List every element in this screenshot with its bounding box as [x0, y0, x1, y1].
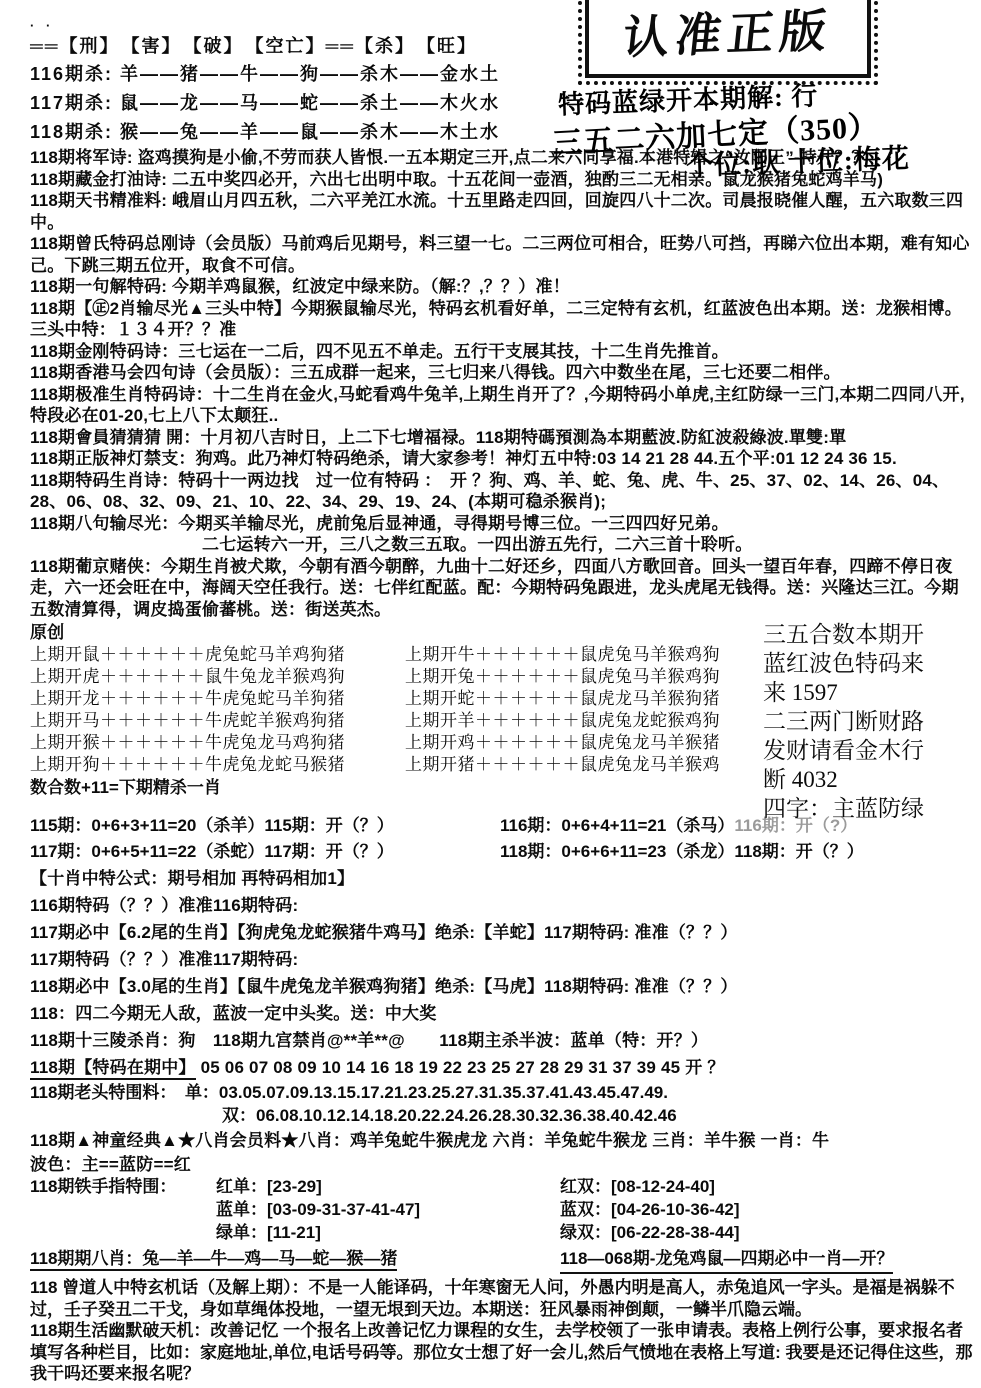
- iron-finger-label: 118期铁手指特围：: [30, 1175, 216, 1198]
- special-code-117-line: 117期特码（？？）准准117期特码:: [30, 946, 973, 973]
- zodiac-row: 上期开羊＋＋＋＋＋＋鼠虎兔龙蛇猴鸡狗: [405, 710, 759, 732]
- heaven-book-line: 118期天书精准料: 峨眉山月四五秋，二六平羌江水流。十五里路走四回，回旋四八十…: [30, 190, 973, 233]
- prodigy-classic-line: 118期▲神童经典▲★八肖会员料★八肖：鸡羊兔蛇牛猴虎龙 六肖：羊兔蛇牛猴龙 三…: [30, 1127, 973, 1154]
- formula-117: 117期：0+6+5+11=22（杀蛇）117期：开（？）: [30, 839, 500, 865]
- authenticity-seal: 认准正版: [585, 0, 871, 78]
- eight-zodiac-left-text: 118期期八肖：兔—羊—牛—鸡—马—蛇—猴—猪: [30, 1249, 397, 1271]
- blue-wave-line: 118：四二今期无人敌，蓝波一定中头奖。送：中大奖: [30, 1000, 973, 1027]
- in-period-numbers: 05 06 07 08 09 10 14 16 18 19 22 23 25 2…: [201, 1058, 725, 1077]
- verse-line: 三五合数本期开: [763, 620, 973, 649]
- red-single-range: 红单：[23-29]: [216, 1175, 560, 1198]
- formula-note: 【十肖中特公式：期号相加 再特码相加1】: [30, 865, 973, 892]
- right-verse-block: 三五合数本期开 蓝红波色特码来 来 1597 二三两门断财路 发财请看金木行 断…: [763, 620, 973, 823]
- blue-double-range: 蓝双：[04-26-10-36-42]: [560, 1198, 740, 1221]
- one-sentence-line: 118期一句解特码: 今期羊鸡鼠猴，红波定中绿来防。（解:？,？？）准！: [30, 276, 973, 298]
- iron-finger-row-red: 118期铁手指特围： 红单：[23-29] 红双：[08-12-24-40]: [30, 1175, 973, 1198]
- blue-single-range: 蓝单：[03-09-31-37-41-47]: [216, 1198, 560, 1221]
- hk-jockey-poem-line: 118期香港马会四句诗（会员版）：三五成群一起来，三七归来八得钱。四六中数坐在尾…: [30, 362, 973, 384]
- verse-line: 断 4032: [763, 765, 973, 794]
- iron-finger-spacer: [30, 1198, 216, 1221]
- zodiac-row: 上期开鼠＋＋＋＋＋＋虎兔蛇马羊鸡狗猪: [30, 644, 405, 666]
- red-double-range: 红双：[08-12-24-40]: [560, 1175, 715, 1198]
- verse-line: 四字：主蓝防绿: [763, 794, 973, 823]
- verse-line: 发财请看金木行: [763, 736, 973, 765]
- kill-formula-section: 115期：0+6+3+11=20（杀羊）115期：开（？） 116期：0+6+4…: [30, 813, 973, 892]
- vajra-poem-line: 118期金刚特码诗：三七运在一二后，四不见五不单走。五行干支展其技，十二生肖先推…: [30, 341, 973, 363]
- eight-zodiac-line: 118期期八肖：兔—羊—牛—鸡—马—蛇—猴—猪 118—068期-龙兔鸡鼠—四期…: [30, 1246, 973, 1274]
- eight-sentence-line-2: 二七运转六一开，三八之数三五取。一四出游五先行，二六三首十聆听。: [30, 534, 973, 556]
- zodiac-row: 上期开狗＋＋＋＋＋＋牛虎兔龙蛇马猴猪: [30, 754, 405, 776]
- accurate-zodiac-poem-line: 118期极准生肖特码诗：十二生肖在金火,马蛇看鸡牛兔羊,上期生肖开了？,今期特码…: [30, 384, 973, 427]
- wave-color-line: 波色：主==蓝防==红: [30, 1154, 973, 1176]
- old-head-label: 118期老头特围料：: [30, 1081, 185, 1104]
- special-code-116-line: 116期特码（？？）准准116期特码:: [30, 892, 973, 919]
- formula-115: 115期：0+6+3+11=20（杀羊）115期：开（？）: [30, 813, 500, 839]
- old-head-odd-line: 118期老头特围料： 单：03.05.07.09.13.15.17.21.23.…: [30, 1081, 973, 1104]
- previous-draw-right-column: 上期开牛＋＋＋＋＋＋鼠虎兔马羊猴鸡狗 上期开兔＋＋＋＋＋＋鼠虎兔马羊猴鸡狗 上期…: [405, 644, 759, 776]
- seal-text: 认准正版: [620, 0, 836, 68]
- eight-zodiac-left: 118期期八肖：兔—羊—牛—鸡—马—蛇—猴—猪: [30, 1246, 560, 1274]
- must-hit-118-line: 118期必中【3.0尾的生肖】【鼠牛虎兔龙羊猴鸡狗猪】绝杀:【马虎】118期特码…: [30, 973, 973, 1000]
- iron-finger-spacer: [30, 1221, 216, 1244]
- sheet-content: · · ══【刑】 【害】 【破】 【空亡】══【杀】 【旺】 116期杀: 羊…: [0, 0, 981, 1385]
- eight-sentence-line: 118期八句输尽光：今期买羊输尽光，虎前兔后显神通，寻得期号博三位。一三四四好兄…: [30, 513, 973, 535]
- previous-draw-left-column: 上期开鼠＋＋＋＋＋＋虎兔蛇马羊鸡狗猪 上期开虎＋＋＋＋＋＋鼠牛兔龙羊猴鸡狗 上期…: [30, 644, 405, 776]
- zodiac-row: 上期开猪＋＋＋＋＋＋鼠虎兔龙马羊猴鸡: [405, 754, 759, 776]
- magic-lamp-line: 118期正版神灯禁支：狗鸡。此乃神灯特码绝杀，请大家参考！神灯五中特:03 14…: [30, 448, 973, 470]
- old-head-odd-numbers: 单：03.05.07.09.13.15.17.21.23.25.27.31.35…: [185, 1081, 668, 1104]
- previous-draw-columns: 上期开鼠＋＋＋＋＋＋虎兔蛇马羊鸡狗猪 上期开虎＋＋＋＋＋＋鼠牛兔龙羊猴鸡狗 上期…: [30, 644, 759, 776]
- green-single-range: 绿单：[11-21]: [216, 1221, 560, 1244]
- zodiac-row: 上期开马＋＋＋＋＋＋牛虎蛇羊猴鸡狗猪: [30, 710, 405, 732]
- in-period-line: 118期【特码在期中】 05 06 07 08 09 10 14 16 18 1…: [30, 1054, 973, 1081]
- in-period-label: 118期【特码在期中】: [30, 1058, 196, 1080]
- green-double-range: 绿双：[06-22-28-38-44]: [560, 1221, 740, 1244]
- iron-finger-row-green: 绿单：[11-21] 绿双：[06-22-28-38-44]: [30, 1221, 973, 1244]
- old-head-even-line: 双：06.08.10.12.14.18.20.22.24.26.28.30.32…: [30, 1104, 973, 1127]
- life-humor-line: 118期生活幽默破天机：改善记忆 一个报名上改善记忆力课程的女生，去学校领了一张…: [30, 1320, 973, 1385]
- pujing-gambler-line: 118期葡京赌侠：今期生肖被犬欺，今朝有酒今朝醉，九曲十二好还乡，四面八方歌回音…: [30, 556, 973, 621]
- kill-zodiac-line: 118期十三陵杀肖：狗 118期九宫禁肖@**羊**@ 118期主杀半波：蓝单（…: [30, 1027, 973, 1054]
- previous-draw-table: 原创 上期开鼠＋＋＋＋＋＋虎兔蛇马羊鸡狗猪 上期开虎＋＋＋＋＋＋鼠牛兔龙羊猴鸡狗…: [30, 622, 973, 799]
- formula-row-2: 117期：0+6+5+11=22（杀蛇）117期：开（？） 118期：0+6+6…: [30, 839, 973, 865]
- zodiac-row: 上期开兔＋＋＋＋＋＋鼠虎兔马羊猴鸡狗: [405, 666, 759, 688]
- member-guess-line: 118期會員猜猜猜 開：十月初八吉时日，上二下七增福禄。118期特碼預測為本期藍…: [30, 427, 973, 449]
- iron-finger-row-blue: 蓝单：[03-09-31-37-41-47] 蓝双：[04-26-10-36-4…: [30, 1198, 973, 1221]
- zodiac-row: 上期开蛇＋＋＋＋＋＋鼠虎龙马羊猴狗猪: [405, 688, 759, 710]
- zodiac-row: 上期开虎＋＋＋＋＋＋鼠牛兔龙羊猴鸡狗: [30, 666, 405, 688]
- verse-line: 二三两门断财路: [763, 707, 973, 736]
- zodiac-row: 上期开龙＋＋＋＋＋＋牛虎兔蛇马羊狗猪: [30, 688, 405, 710]
- zodiac-row: 上期开鸡＋＋＋＋＋＋鼠虎兔龙马羊猴猪: [405, 732, 759, 754]
- formula-118: 118期：0+6+6+11=23（杀龙）118期：开（？）: [500, 839, 864, 865]
- zodiac-row: 上期开猴＋＋＋＋＋＋牛虎兔龙马鸡狗猪: [30, 732, 405, 754]
- original-label: 原创: [30, 622, 759, 644]
- sum-formula-footer: 数合数+11=下期精杀一肖: [30, 776, 759, 799]
- verse-line: 蓝红波色特码来: [763, 649, 973, 678]
- eight-zodiac-right: 118—068期-龙兔鸡鼠—四期必中一肖—开？: [560, 1246, 893, 1274]
- formula-116: 116期：0+6+4+11=21（杀马）: [500, 813, 734, 839]
- zengshi-poem-line: 118期曾氏特码总刚诗（会员版）马前鸡后见期号，料三望一七。二三两位可相合，旺势…: [30, 233, 973, 276]
- lottery-tip-sheet: · · ══【刑】 【害】 【破】 【空亡】══【杀】 【旺】 116期杀: 羊…: [0, 0, 981, 1388]
- special-code-zodiac-poem-line: 118期特码生肖诗：特码十一两边找 过一位有特码 ： 开 ？狗、鸡、羊、蛇、兔、…: [30, 470, 973, 513]
- must-hit-117-line: 117期必中【6.2尾的生肖】【狗虎兔龙蛇猴猪牛鸡马】绝杀:【羊蛇】117期特码…: [30, 919, 973, 946]
- zodiac-row: 上期开牛＋＋＋＋＋＋鼠虎兔马羊猴鸡狗: [405, 644, 759, 666]
- two-zodiac-line: 118期【㊣2肖输尽光▲三头中特】今期猴鼠输尽光，特码玄机看好单，二三定特有玄机…: [30, 298, 973, 341]
- verse-line: 来 1597: [763, 678, 973, 707]
- zengdaoren-mystery-line: 118 曾道人中特玄机话（及解上期）：不是一人能译码，十年寒窗无人问，外愚内明是…: [30, 1277, 973, 1320]
- handwritten-note-3: 个位:耿 十位:梅花: [685, 136, 910, 183]
